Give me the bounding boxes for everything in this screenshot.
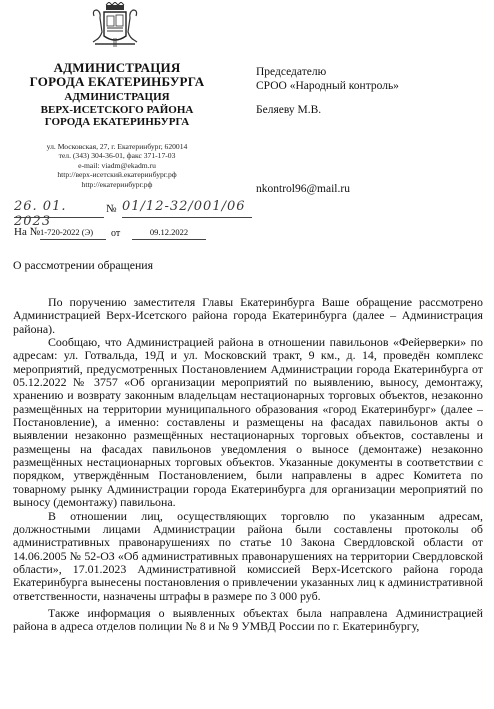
recipient-name: Беляеву М.В. [256, 103, 399, 117]
reply-to-number: 1-720-2022 (Э) [40, 226, 106, 240]
recipient-block: Председателю СРОО «Народный контроль» Бе… [256, 65, 399, 117]
letter-subject: О рассмотрении обращения [13, 258, 153, 273]
reply-to-from-label: от [111, 228, 120, 239]
coat-of-arms-icon [87, 2, 143, 52]
contact-details: ул. Московская, 27, г. Екатеринбург, 620… [0, 142, 234, 189]
org-sub-line-1: АДМИНИСТРАЦИЯ [0, 91, 234, 104]
contact-phone: тел. (343) 304-36-01, факс 371-17-03 [0, 151, 234, 160]
contact-email: e-mail: viadm@ekadm.ru [0, 161, 234, 170]
contact-website-district: http://верх-исетский.екатеринбург.рф [0, 170, 234, 179]
contact-website-city: http://екатеринбург.рф [0, 180, 234, 189]
letter-body: По поручению заместителя Главы Екатеринб… [13, 296, 483, 634]
org-main-line-1: АДМИНИСТРАЦИЯ [0, 61, 234, 75]
org-sub-line-3: ГОРОДА ЕКАТЕРИНБУРГА [0, 116, 234, 129]
body-paragraph-1: По поручению заместителя Главы Екатеринб… [13, 296, 483, 336]
body-paragraph-4: Также информация о выявленных объектах б… [13, 607, 483, 634]
registration-date: 26. 01. 2023 [14, 199, 104, 218]
recipient-email: nkontrol96@mail.ru [256, 183, 350, 195]
letter-page: АДМИНИСТРАЦИЯ ГОРОДА ЕКАТЕРИНБУРГА АДМИН… [0, 0, 494, 709]
recipient-title: Председателю [256, 65, 399, 79]
contact-address: ул. Московская, 27, г. Екатеринбург, 620… [0, 142, 234, 151]
registration-number: 01/12-32/001/06 [122, 199, 252, 218]
body-paragraph-2: Сообщаю, что Администрацией района в отн… [13, 336, 483, 509]
body-paragraph-3: В отношении лиц, осуществляющих торговлю… [13, 510, 483, 603]
reply-to-date: 09.12.2022 [132, 226, 206, 240]
org-main-line-2: ГОРОДА ЕКАТЕРИНБУРГА [0, 75, 234, 89]
organization-header: АДМИНИСТРАЦИЯ ГОРОДА ЕКАТЕРИНБУРГА АДМИН… [0, 61, 234, 129]
reply-to-label: На № [14, 226, 40, 238]
registration-number-label: № [106, 203, 117, 215]
recipient-organization: СРОО «Народный контроль» [256, 79, 399, 93]
org-sub-line-2: ВЕРХ-ИСЕТСКОГО РАЙОНА [0, 104, 234, 117]
